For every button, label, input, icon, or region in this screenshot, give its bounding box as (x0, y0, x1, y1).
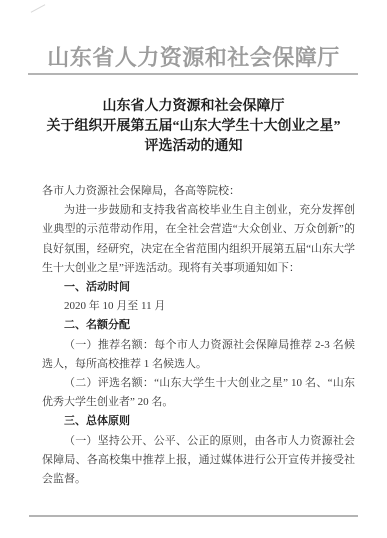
section-3-paragraph-1: （一）坚持公开、公平、公正的原则，由各市人力资源社会保障局、各高校集中推荐上报，… (42, 432, 355, 490)
document-title-line-1: 山东省人力资源和社会保障厅 (20, 97, 367, 117)
section-2-paragraph-1: （一）推荐名额：每个市人力资源社会保障局推荐 2-3 名候选人，每所高校推荐 1… (42, 336, 355, 374)
section-2-heading: 二、名额分配 (42, 316, 355, 335)
footer-divider (29, 515, 358, 517)
document-body: 各市人力资源社会保障局，各高等院校： 为进一步鼓励和支持我省高校毕业生自主创业，… (42, 182, 355, 489)
section-3-heading: 三、总体原则 (42, 412, 355, 431)
document-page: 山东省人力资源和社会保障厅 山东省人力资源和社会保障厅 关于组织开展第五届“山东… (0, 0, 387, 538)
document-title: 山东省人力资源和社会保障厅 关于组织开展第五届“山东大学生十大创业之星” 评选活… (20, 97, 367, 157)
letterhead-divider (28, 73, 358, 75)
intro-paragraph: 为进一步鼓励和支持我省高校毕业生自主创业，充分发挥创业典型的示范带动作用，在全社… (42, 201, 355, 278)
section-1-heading: 一、活动时间 (42, 278, 355, 297)
section-1-paragraph-1: 2020 年 10 月至 11 月 (42, 297, 355, 316)
letterhead-org-name: 山东省人力资源和社会保障厅 (0, 44, 387, 72)
section-2-paragraph-2: （二）评选名额：“山东大学生十大创业之星” 10 名、“山东优秀大学生创业者” … (42, 374, 355, 412)
scan-artifact-mark (31, 4, 46, 12)
document-title-line-2: 关于组织开展第五届“山东大学生十大创业之星” (20, 117, 367, 137)
salutation: 各市人力资源社会保障局，各高等院校： (42, 182, 355, 201)
document-title-line-3: 评选活动的通知 (20, 137, 367, 157)
